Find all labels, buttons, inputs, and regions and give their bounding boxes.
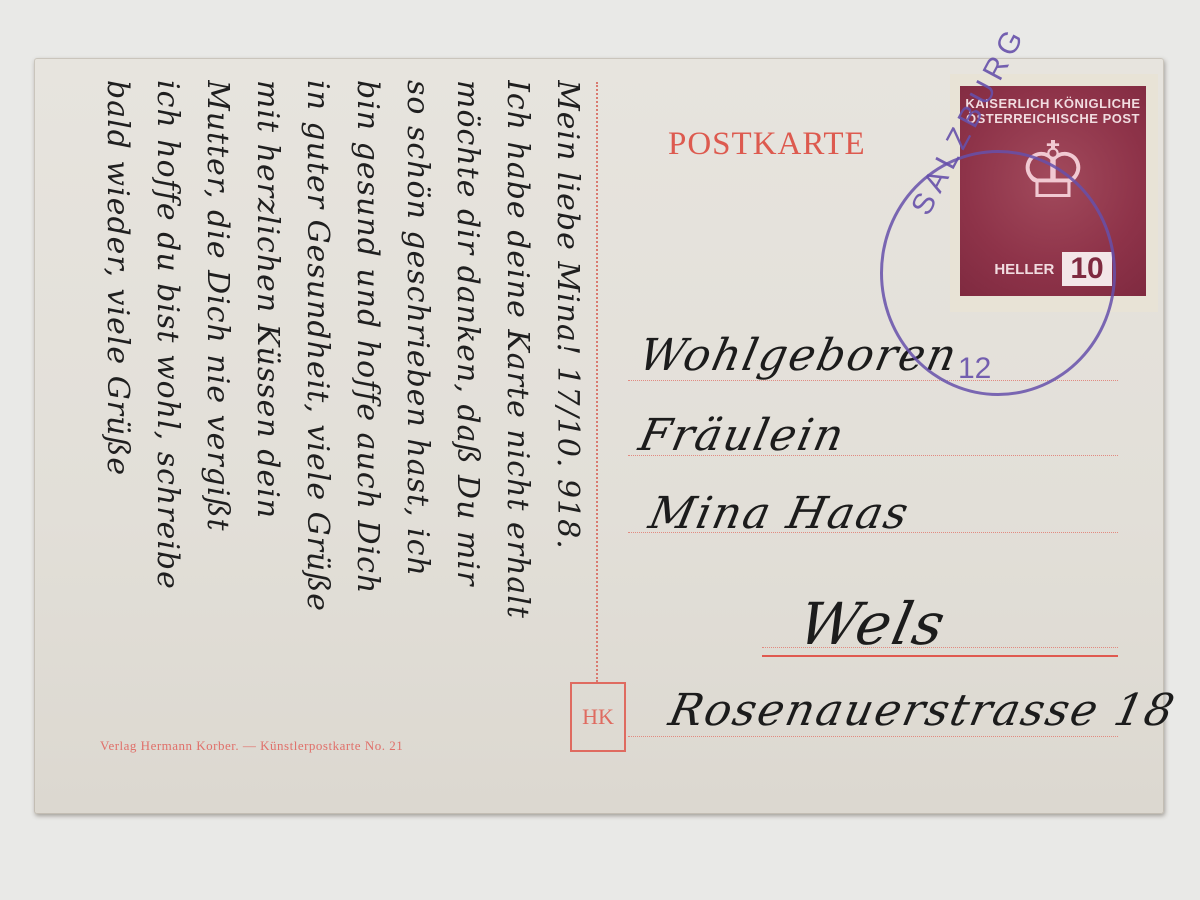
- postcard-title: POSTKARTE: [668, 126, 866, 163]
- monogram-icon: HK: [582, 704, 614, 730]
- message-line: mit herzlichen Küssen dein: [250, 80, 285, 519]
- recipient-street: Rosenauerstrasse 18: [665, 685, 1181, 736]
- address-title: Fräulein: [635, 410, 850, 461]
- postmark-number: 12: [958, 352, 991, 386]
- message-line: möchte dir danken, daß Du mir: [450, 80, 485, 586]
- recipient-name: Mina Haas: [645, 488, 915, 539]
- address-rule: [628, 736, 1118, 737]
- message-line: so schön geschrieben hast, ich: [400, 80, 435, 577]
- message-line: Mutter, die Dich nie vergißt: [200, 80, 235, 532]
- publisher-credit: Verlag Hermann Korber. — Künstlerpostkar…: [100, 738, 403, 754]
- message-line: Ich habe deine Karte nicht erhalt: [500, 80, 535, 619]
- message-line: Mein liebe Mina! 17/10. 918.: [550, 80, 585, 550]
- handwritten-message: Mein liebe Mina! 17/10. 918. Ich habe de…: [40, 80, 590, 800]
- publisher-logo: HK: [570, 682, 626, 752]
- recipient-city: Wels: [793, 590, 953, 658]
- message-line: ich hoffe du bist wohl, schreibe: [150, 80, 185, 590]
- message-line: bin gesund und hoffe auch Dich: [350, 80, 385, 594]
- message-line: bald wieder, viele Grüße: [100, 80, 135, 476]
- message-line: in guter Gesundheit, viele Grüße: [300, 80, 335, 612]
- divider-line: [596, 82, 598, 682]
